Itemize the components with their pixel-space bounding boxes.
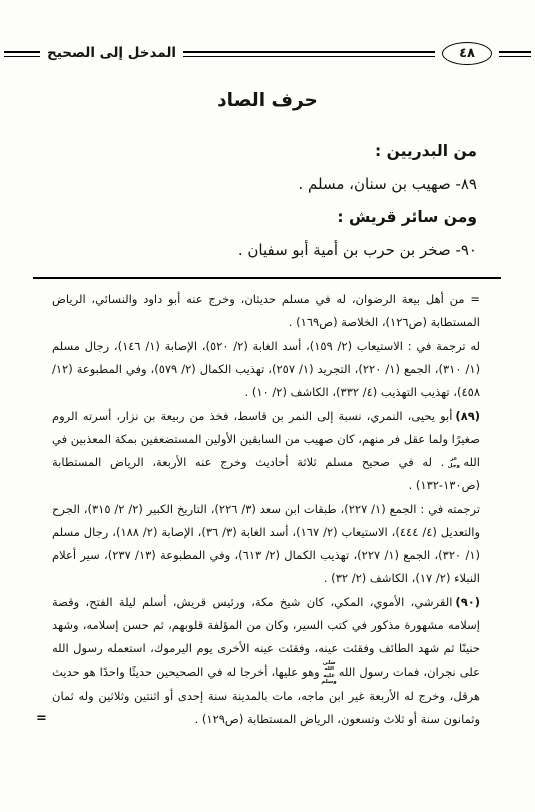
footnote-90: (٩٠)القرشي، الأموي، المكي، كان شيخ مكة، …: [52, 591, 480, 731]
book-page: ٤٨ المدخل إلى الصحيح حرف الصاد من البدري…: [0, 0, 535, 812]
allah-honorific-symbol: عز وجل: [446, 456, 461, 469]
prophet-honorific-symbol: صلى الله عليه وسلم: [322, 660, 337, 685]
footnote-90-number: (٩٠): [455, 595, 480, 609]
footnote-90-wrap: (٩٠)القرشي، الأموي، المكي، كان شيخ مكة، …: [52, 591, 480, 731]
footnote-89-text-2: . له في صحيح مسلم ثلاثة أحاديث وخرج عنه …: [52, 455, 480, 492]
header-rule-left: [4, 51, 40, 57]
footnote-89: (٨٩)أبو يحيى، النمري، نسبة إلى النمر بن …: [52, 405, 480, 497]
footnote-continued-paragraph: = من أهل بيعة الرضوان، له في مسلم حديثان…: [52, 288, 480, 334]
entry-89: ٨٩- صهيب بن سنان، مسلم .: [56, 174, 477, 195]
footnote-sources-90: ترجمته في : الجمع (١/ ٢٢٧)، طبقات ابن سع…: [52, 498, 480, 590]
page-number-badge: ٤٨: [442, 42, 492, 65]
entry-90: ٩٠- صخر بن حرب بن أمية أبو سفيان .: [56, 240, 477, 261]
section-title: حرف الصاد: [0, 90, 535, 111]
page-header: ٤٨ المدخل إلى الصحيح: [4, 42, 531, 65]
page-number: ٤٨: [459, 46, 475, 61]
footnotes-block: = من أهل بيعة الرضوان، له في مسلم حديثان…: [52, 288, 480, 732]
footnote-sources-89: له ترجمة في : الاستيعاب (٢/ ١٥٩)، أسد ال…: [52, 335, 480, 404]
header-rule-middle: [183, 51, 435, 57]
header-rule-right: [499, 51, 531, 57]
continuation-mark: =: [36, 707, 47, 730]
book-title: المدخل إلى الصحيح: [47, 45, 176, 63]
heading-quraysh: ومن سائر قريش :: [56, 207, 477, 228]
heading-badriyyin: من البدريين :: [56, 141, 477, 162]
footnote-89-number: (٨٩): [455, 409, 480, 423]
main-text: من البدريين : ٨٩- صهيب بن سنان، مسلم . و…: [56, 141, 477, 273]
footnote-separator: [33, 277, 501, 279]
